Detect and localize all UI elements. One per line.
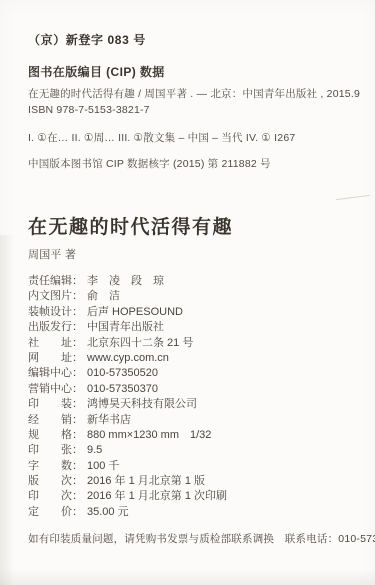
colophon-label: 社 址 bbox=[28, 336, 72, 351]
colophon-row-price: 定 价：35.00 元 bbox=[28, 505, 227, 520]
colophon-label: 经 销 bbox=[28, 413, 72, 428]
colophon-colon: ： bbox=[72, 444, 83, 456]
colophon-row-website: 网 址：www.cyp.com.cn bbox=[28, 351, 227, 366]
colophon-colon: ： bbox=[72, 290, 83, 302]
colophon-colon: ： bbox=[72, 506, 83, 518]
colophon-value: 2016 年 1 月北京第 1 版 bbox=[87, 475, 205, 487]
colophon-label: 版 次 bbox=[28, 474, 72, 489]
colophon-value: 2016 年 1 月北京第 1 次印刷 bbox=[87, 490, 227, 502]
colophon-label: 出版发行 bbox=[28, 320, 72, 335]
colophon-row-printing: 印 次：2016 年 1 月北京第 1 次印刷 bbox=[28, 489, 227, 504]
colophon-colon: ： bbox=[72, 367, 83, 379]
book-copyright-page: （京）新登字 083 号 图书在版编目 (CIP) 数据 在无趣的时代活得有趣 … bbox=[0, 0, 375, 585]
colophon-label: 内文图片 bbox=[28, 289, 72, 304]
colophon-label: 责任编辑 bbox=[28, 274, 72, 289]
colophon-row-design: 装帧设计：后声 HOPESOUND bbox=[28, 305, 227, 320]
cip-record-number: 中国版本图书馆 CIP 数据核字 (2015) 第 211882 号 bbox=[28, 156, 271, 171]
colophon-label: 营销中心 bbox=[28, 382, 72, 397]
colophon-value: 35.00 元 bbox=[87, 506, 129, 518]
quality-notice: 如有印装质量问题，请凭购书发票与质检部联系调换 联系电话：010-5735033… bbox=[28, 531, 375, 546]
cip-heading: 图书在版编目 (CIP) 数据 bbox=[28, 63, 165, 80]
colophon-value: 后声 HOPESOUND bbox=[87, 306, 183, 318]
colophon-label: 定 价 bbox=[28, 505, 72, 520]
colophon-colon: ： bbox=[72, 306, 83, 318]
colophon-label: 规 格 bbox=[28, 428, 72, 443]
colophon-row-address: 社 址：北京东四十二条 21 号 bbox=[28, 336, 227, 351]
colophon-colon: ： bbox=[72, 337, 83, 349]
colophon-colon: ： bbox=[72, 398, 83, 410]
colophon-label: 编辑中心 bbox=[28, 366, 72, 381]
colophon-row-printer: 印 装：鸿博昊天科技有限公司 bbox=[28, 397, 227, 412]
colophon-value: 中国青年出版社 bbox=[87, 321, 164, 333]
colophon-value: 俞 洁 bbox=[87, 290, 120, 302]
book-author: 周国平 著 bbox=[28, 246, 76, 262]
colophon-colon: ： bbox=[72, 460, 83, 472]
isbn-number: ISBN 978-7-5153-3821-7 bbox=[28, 104, 150, 116]
colophon-row-photos: 内文图片：俞 洁 bbox=[28, 289, 227, 304]
colophon-label: 装帧设计 bbox=[28, 305, 72, 320]
colophon-block: 责任编辑：李 凌 段 琼 内文图片：俞 洁 装帧设计：后声 HOPESOUND … bbox=[28, 274, 227, 520]
colophon-value: 鸿博昊天科技有限公司 bbox=[87, 398, 197, 410]
colophon-row-wordcount: 字 数：100 千 bbox=[28, 459, 227, 474]
colophon-value: 100 千 bbox=[87, 460, 119, 472]
colophon-value: 010-57350520 bbox=[87, 367, 158, 379]
page-edge-shadow-left bbox=[0, 235, 14, 585]
colophon-colon: ： bbox=[72, 321, 83, 333]
colophon-colon: ： bbox=[72, 475, 83, 487]
colophon-value: 010-57350370 bbox=[87, 383, 158, 395]
colophon-value: 9.5 bbox=[87, 444, 102, 456]
colophon-label: 印 次 bbox=[28, 489, 72, 504]
colophon-colon: ： bbox=[72, 275, 83, 287]
colophon-row-publisher: 出版发行：中国青年出版社 bbox=[28, 320, 227, 335]
colophon-row-edition: 版 次：2016 年 1 月北京第 1 版 bbox=[28, 474, 227, 489]
colophon-colon: ： bbox=[72, 383, 83, 395]
colophon-label: 印 张 bbox=[28, 443, 72, 458]
colophon-value: 李 凌 段 琼 bbox=[87, 275, 164, 287]
book-title: 在无趣的时代活得有趣 bbox=[28, 212, 233, 239]
colophon-value: 新华书店 bbox=[87, 414, 131, 426]
colophon-row-format: 规 格：880 mm×1230 mm 1/32 bbox=[28, 428, 227, 443]
colophon-row-distributor: 经 销：新华书店 bbox=[28, 413, 227, 428]
colophon-value: 880 mm×1230 mm 1/32 bbox=[87, 429, 211, 441]
colophon-row-marketing-center: 营销中心：010-57350370 bbox=[28, 382, 227, 397]
colophon-row-sheets: 印 张：9.5 bbox=[28, 443, 227, 458]
cip-entry: 在无趣的时代活得有趣 / 周国平著 . — 北京：中国青年出版社 , 2015.… bbox=[28, 86, 360, 101]
page-edge-shadow-bottom bbox=[0, 569, 375, 585]
colophon-colon: ： bbox=[72, 414, 83, 426]
colophon-label: 字 数 bbox=[28, 459, 72, 474]
colophon-row-editorial-center: 编辑中心：010-57350520 bbox=[28, 366, 227, 381]
colophon-value: 北京东四十二条 21 号 bbox=[87, 337, 193, 349]
colophon-value: www.cyp.com.cn bbox=[87, 352, 169, 364]
colophon-colon: ： bbox=[72, 352, 83, 364]
scan-scratch-mark bbox=[336, 195, 370, 200]
colophon-colon: ： bbox=[72, 490, 83, 502]
colophon-label: 网 址 bbox=[28, 351, 72, 366]
registration-number: （京）新登字 083 号 bbox=[28, 31, 146, 48]
colophon-label: 印 装 bbox=[28, 397, 72, 412]
cip-classification: I. ①在… II. ①周… III. ①散文集 – 中国 – 当代 IV. ①… bbox=[28, 130, 295, 145]
colophon-colon: ： bbox=[72, 429, 83, 441]
colophon-row-editor: 责任编辑：李 凌 段 琼 bbox=[28, 274, 227, 289]
